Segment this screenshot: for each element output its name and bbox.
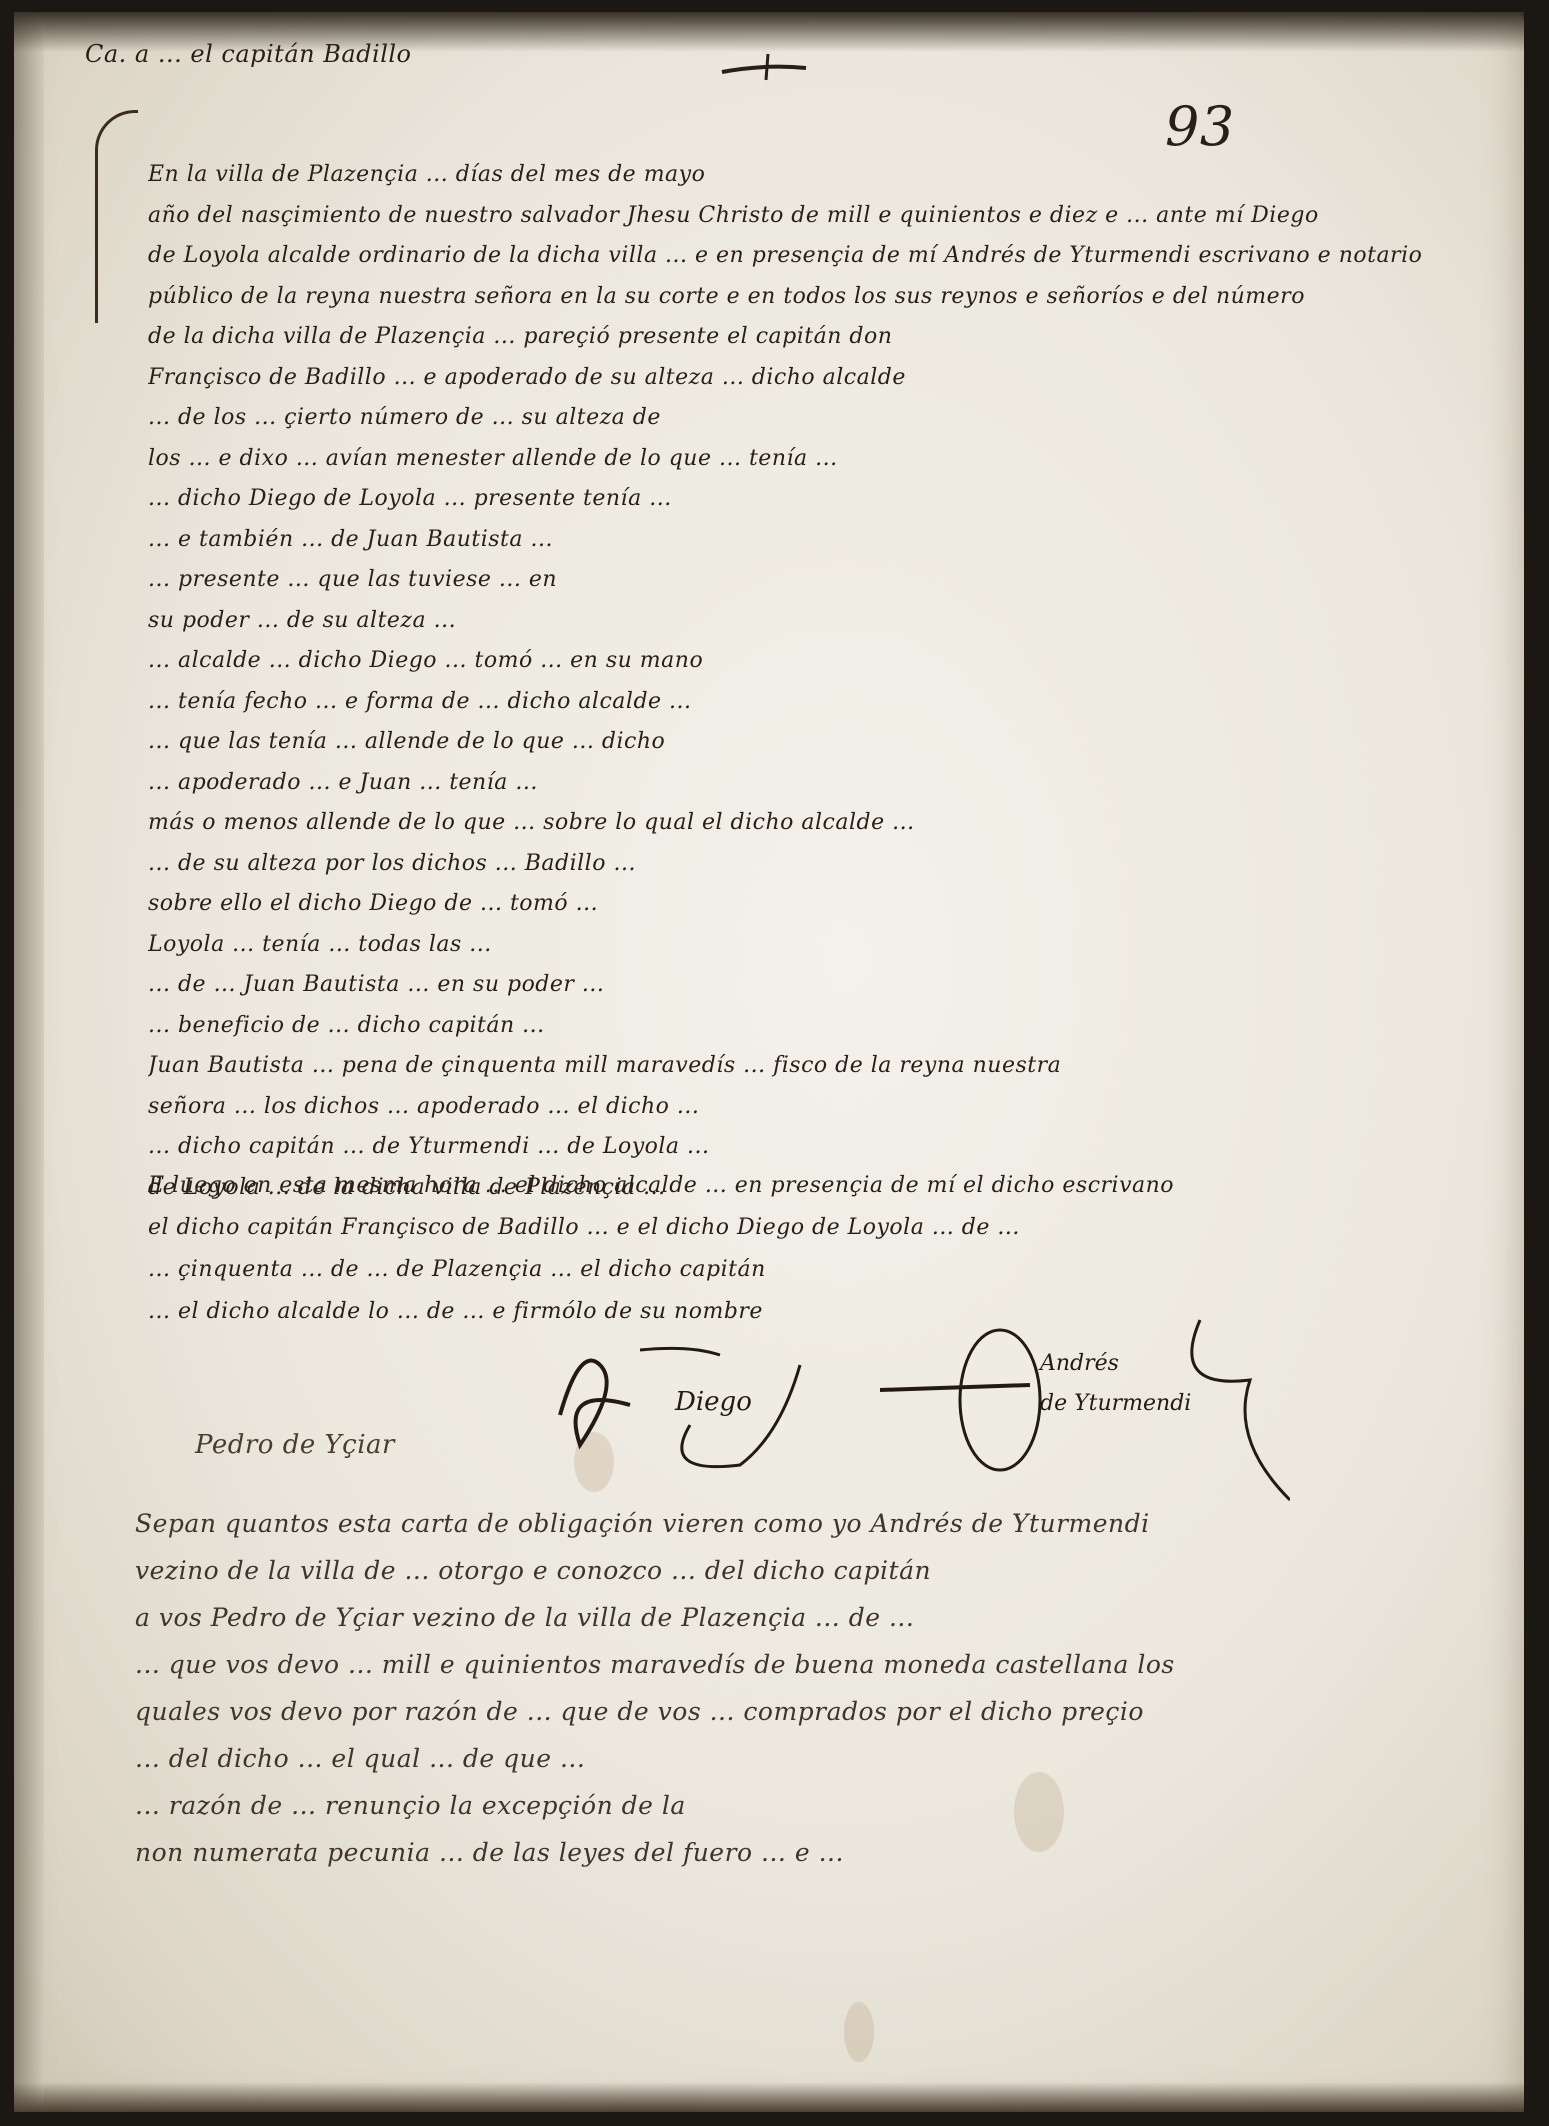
text-line: quales vos devo por razón de ... que de … xyxy=(135,1688,1455,1735)
text-line: el dicho capitán Françisco de Badillo ..… xyxy=(148,1207,1448,1249)
signature-andres-de-yturmendi: Andrés de Yturmendi xyxy=(870,1310,1290,1510)
svg-text:de Yturmendi: de Yturmendi xyxy=(1040,1391,1191,1416)
text-line: más o menos allende de lo que ... sobre … xyxy=(148,803,1448,844)
page-edge-left xyxy=(14,12,44,2112)
ink-stain xyxy=(844,2002,874,2062)
folio-number: 93 xyxy=(1165,95,1235,158)
text-line: ... e también ... de Juan Bautista ... xyxy=(148,520,1448,561)
text-line: Sepan quantos esta carta de obligaçión v… xyxy=(135,1500,1455,1547)
svg-text:Diego: Diego xyxy=(674,1387,752,1417)
paragraph-3: Sepan quantos esta carta de obligaçión v… xyxy=(135,1500,1455,1876)
text-line: ... de los ... çierto número de ... su a… xyxy=(148,398,1448,439)
page-edge-bottom xyxy=(14,2082,1524,2112)
text-line: Juan Bautista ... pena de çinquenta mill… xyxy=(148,1046,1448,1087)
text-line: En la villa de Plazençia ... días del me… xyxy=(148,155,1448,196)
opening-bracket xyxy=(95,110,138,323)
text-line: ... çinquenta ... de ... de Plazençia ..… xyxy=(148,1249,1448,1291)
text-line: ... de ... Juan Bautista ... en su poder… xyxy=(148,965,1448,1006)
text-line: año del nasçimiento de nuestro salvador … xyxy=(148,196,1448,237)
paragraph-1: En la villa de Plazençia ... días del me… xyxy=(148,155,1448,1208)
text-line: E luego en esta mesma hora ... el dicho … xyxy=(148,1165,1448,1207)
margin-note: Pedro de Yçiar xyxy=(195,1430,395,1460)
text-line: ... tenía fecho ... e forma de ... dicho… xyxy=(148,682,1448,723)
text-line: ... apoderado ... e Juan ... tenía ... xyxy=(148,763,1448,804)
paragraph-2: E luego en esta mesma hora ... el dicho … xyxy=(148,1165,1448,1333)
text-line: ... que vos devo ... mill e quinientos m… xyxy=(135,1641,1455,1688)
text-line: su poder ... de su alteza ... xyxy=(148,601,1448,642)
text-line: ... del dicho ... el qual ... de que ... xyxy=(135,1735,1455,1782)
text-line: ... dicho Diego de Loyola ... presente t… xyxy=(148,479,1448,520)
text-line: a vos Pedro de Yçiar vezino de la villa … xyxy=(135,1594,1455,1641)
text-line: Loyola ... tenía ... todas las ... xyxy=(148,925,1448,966)
text-line: ... presente ... que las tuviese ... en xyxy=(148,560,1448,601)
cross-mark-icon xyxy=(720,52,810,82)
text-line: ... dicho capitán ... de Yturmendi ... d… xyxy=(148,1127,1448,1168)
text-line: ... que las tenía ... allende de lo que … xyxy=(148,722,1448,763)
header-note: Ca. a ... el capitán Badillo xyxy=(85,40,412,68)
signature-diego: Diego xyxy=(540,1325,840,1485)
text-line: de Loyola alcalde ordinario de la dicha … xyxy=(148,236,1448,277)
text-line: sobre ello el dicho Diego de ... tomó ..… xyxy=(148,884,1448,925)
text-line: ... razón de ... renunçio la excepçión d… xyxy=(135,1782,1455,1829)
svg-text:Andrés: Andrés xyxy=(1038,1351,1119,1376)
text-line: ... beneficio de ... dicho capitán ... xyxy=(148,1006,1448,1047)
text-line: ... de su alteza por los dichos ... Badi… xyxy=(148,844,1448,885)
text-line: ... alcalde ... dicho Diego ... tomó ...… xyxy=(148,641,1448,682)
text-line: señora ... los dichos ... apoderado ... … xyxy=(148,1087,1448,1128)
text-line: vezino de la villa de ... otorgo e conoz… xyxy=(135,1547,1455,1594)
text-line: los ... e dixo ... avían menester allend… xyxy=(148,439,1448,480)
text-line: Françisco de Badillo ... e apoderado de … xyxy=(148,358,1448,399)
text-line: de la dicha villa de Plazençia ... pareç… xyxy=(148,317,1448,358)
text-line: non numerata pecunia ... de las leyes de… xyxy=(135,1829,1455,1876)
text-line: público de la reyna nuestra señora en la… xyxy=(148,277,1448,318)
